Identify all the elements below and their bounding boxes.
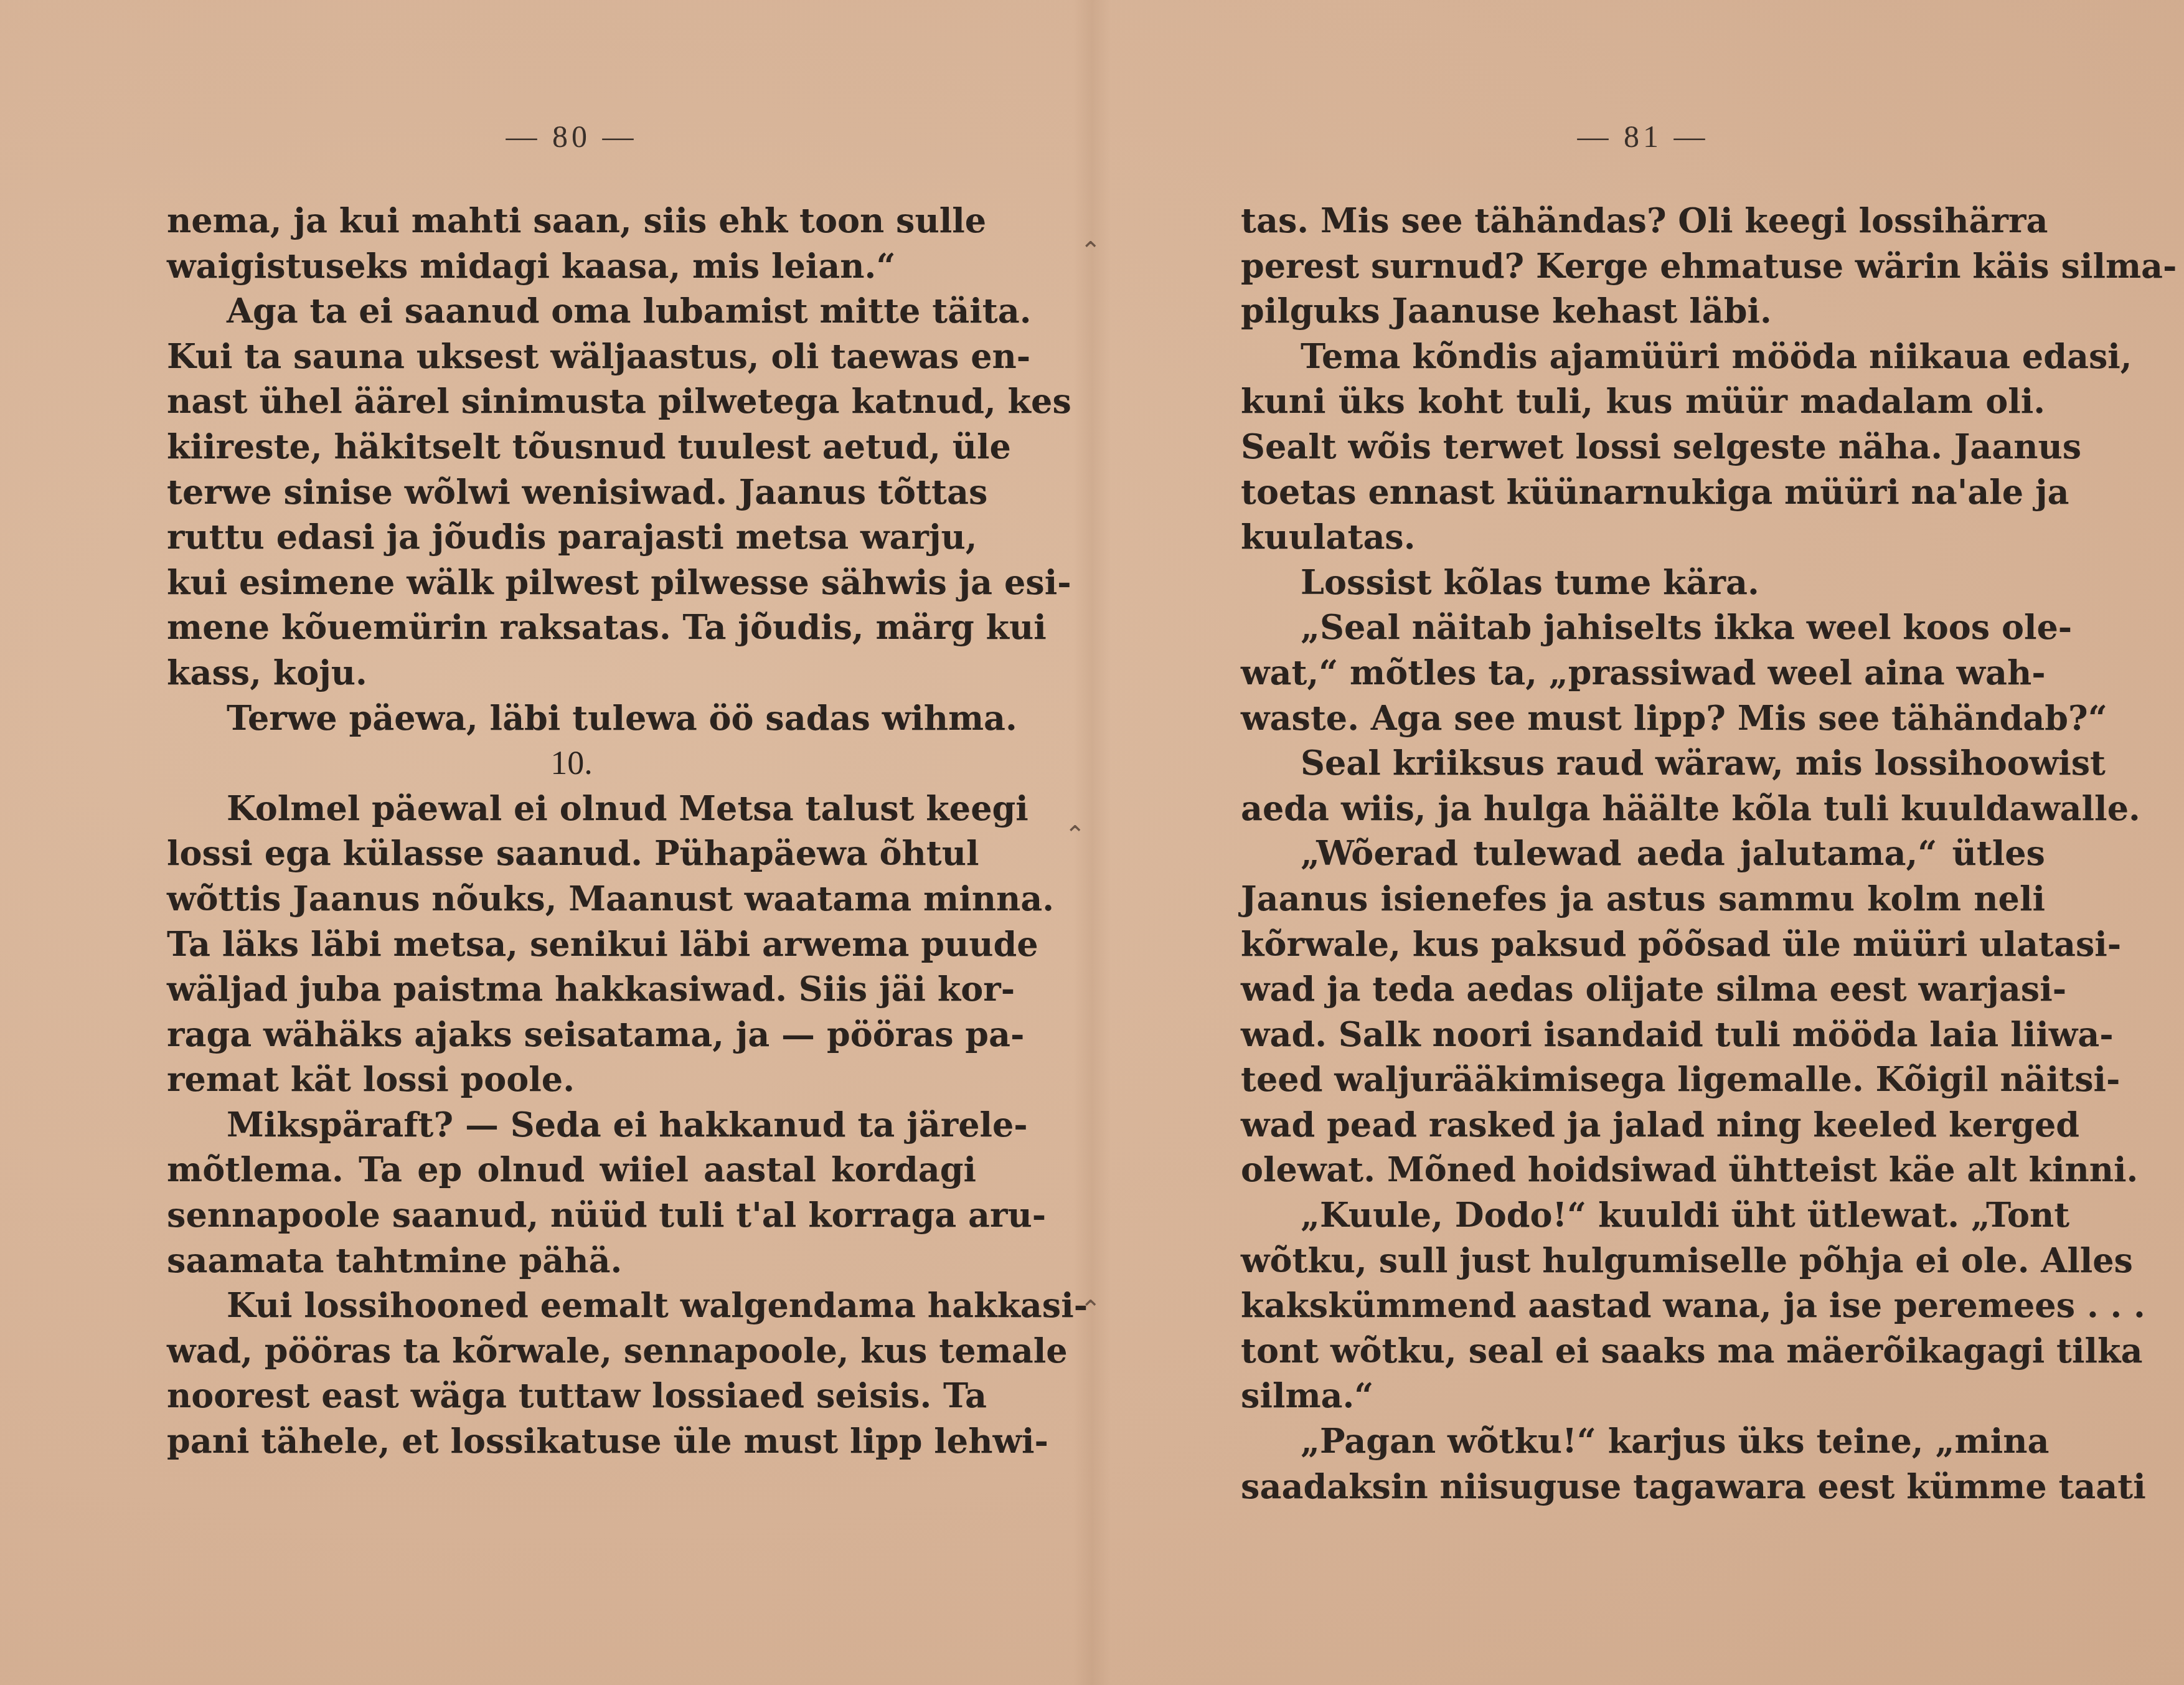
text-line: nema, ja kui mahti saan, siis ehk toon s… xyxy=(167,198,976,243)
book-spread: — 80 — nema, ja kui mahti saan, siis ehk… xyxy=(0,0,2184,1685)
text-line: wat,“ mõtles ta, „prassiwad weel aina wa… xyxy=(1241,650,2045,696)
text-line: Ta läks läbi metsa, senikui läbi arwema … xyxy=(167,922,976,967)
text-line: Lossist kõlas tume kära. xyxy=(1241,560,2045,605)
text-line: raga wähäks ajaks seisatama, ja — pööras… xyxy=(167,1012,976,1057)
text-line: nast ühel äärel sinimusta pilwetega katn… xyxy=(167,379,976,424)
text-line: saadaksin niisuguse tagawara eest kümme … xyxy=(1241,1464,2045,1509)
binding-hole-mark: ⌃ xyxy=(1080,1295,1101,1324)
text-line: Kolmel päewal ei olnud Metsa talust keeg… xyxy=(167,786,976,831)
text-line: „Pagan wõtku!“ karjus üks teine, „mina xyxy=(1241,1418,2045,1464)
text-line: kass, koju. xyxy=(167,650,976,696)
text-line: wad. Salk noori isandaid tuli mööda laia… xyxy=(1241,1012,2045,1057)
text-line: Kui lossihooned eemalt walgendama hakkas… xyxy=(167,1283,976,1328)
text-line: wõtku, sull just hulgumiselle põhja ei o… xyxy=(1241,1238,2045,1283)
binding-hole-mark: ⌃ xyxy=(1065,821,1086,849)
text-line: Sealt wõis terwet lossi selgeste näha. J… xyxy=(1241,424,2045,470)
text-line: sennapoole saanud, nüüd tuli t'al korrag… xyxy=(167,1192,976,1238)
text-line: toetas ennast küünarnukiga müüri na'ale … xyxy=(1241,470,2045,515)
text-line: tas. Mis see tähändas? Oli keegi lossihä… xyxy=(1241,198,2045,243)
chapter-number: 10. xyxy=(167,740,976,786)
text-line: mene kõuemürin raksatas. Ta jõudis, märg… xyxy=(167,605,976,650)
text-line: Tema kõndis ajamüüri mööda niikaua edasi… xyxy=(1241,334,2045,379)
right-page-text: tas. Mis see tähändas? Oli keegi lossihä… xyxy=(1241,198,2045,1509)
text-line: pani tähele, et lossikatuse üle must lip… xyxy=(167,1418,976,1464)
text-line: kiireste, häkitselt tõusnud tuulest aetu… xyxy=(167,424,976,470)
text-line: wad ja teda aedas olijate silma eest war… xyxy=(1241,966,2045,1012)
text-line: Aga ta ei saanud oma lubamist mitte täit… xyxy=(167,288,976,334)
text-line: Terwe päewa, läbi tulewa öö sadas wihma. xyxy=(167,696,976,741)
text-line: ruttu edasi ja jõudis parajasti metsa wa… xyxy=(167,514,976,560)
text-line: tont wõtku, seal ei saaks ma mäerõikagag… xyxy=(1241,1328,2045,1374)
binding-hole-mark: ⌃ xyxy=(1080,237,1101,265)
text-line: wõttis Jaanus nõuks, Maanust waatama min… xyxy=(167,876,976,922)
text-line: waste. Aga see must lipp? Mis see tähänd… xyxy=(1241,696,2045,741)
text-line: olewat. Mõned hoidsiwad ühtteist käe alt… xyxy=(1241,1147,2045,1192)
text-line: Mikspäraft? — Seda ei hakkanud ta järele… xyxy=(167,1102,976,1148)
page-number-left: — 80 — xyxy=(167,118,976,154)
text-line: „Wõerad tulewad aeda jalutama,“ ütles xyxy=(1241,831,2045,876)
text-line: wad pead rasked ja jalad ning keeled ker… xyxy=(1241,1102,2045,1148)
left-page-text: nema, ja kui mahti saan, siis ehk toon s… xyxy=(167,198,976,1464)
text-line: perest surnud? Kerge ehmatuse wärin käis… xyxy=(1241,243,2045,289)
text-line: kuni üks koht tuli, kus müür madalam oli… xyxy=(1241,379,2045,424)
text-line: terwe sinise wõlwi wenisiwad. Jaanus tõt… xyxy=(167,470,976,515)
text-line: mõtlema. Ta ep olnud wiiel aastal kordag… xyxy=(167,1147,976,1192)
text-line: silma.“ xyxy=(1241,1373,2045,1418)
text-line: Kui ta sauna uksest wäljaastus, oli taew… xyxy=(167,334,976,379)
text-line: Jaanus isienefes ja astus sammu kolm nel… xyxy=(1241,876,2045,922)
text-line: waigistuseks midagi kaasa, mis leian.“ xyxy=(167,243,976,289)
text-line: kõrwale, kus paksud põõsad üle müüri ula… xyxy=(1241,922,2045,967)
text-line: remat kät lossi poole. xyxy=(167,1057,976,1102)
text-line: kui esimene wälk pilwest pilwesse sähwis… xyxy=(167,560,976,605)
text-line: lossi ega külasse saanud. Pühapäewa õhtu… xyxy=(167,831,976,876)
left-page: — 80 — nema, ja kui mahti saan, siis ehk… xyxy=(167,0,976,1685)
right-page: — 81 — tas. Mis see tähändas? Oli keegi … xyxy=(1241,0,2045,1685)
text-line: kakskümmend aastad wana, ja ise peremees… xyxy=(1241,1283,2045,1328)
text-line: pilguks Jaanuse kehast läbi. xyxy=(1241,288,2045,334)
text-line: kuulatas. xyxy=(1241,514,2045,560)
page-number-right: — 81 — xyxy=(1241,118,2045,154)
text-line: wad, pööras ta kõrwale, sennapoole, kus … xyxy=(167,1328,976,1374)
text-line: wäljad juba paistma hakkasiwad. Siis jäi… xyxy=(167,966,976,1012)
text-line: saamata tahtmine pähä. xyxy=(167,1238,976,1283)
text-line: „Seal näitab jahiselts ikka weel koos ol… xyxy=(1241,605,2045,650)
text-line: „Kuule, Dodo!“ kuuldi üht ütlewat. „Tont xyxy=(1241,1192,2045,1238)
text-line: Seal kriiksus raud wäraw, mis lossihoowi… xyxy=(1241,740,2045,786)
text-line: noorest east wäga tuttaw lossiaed seisis… xyxy=(167,1373,976,1418)
text-line: aeda wiis, ja hulga häälte kõla tuli kuu… xyxy=(1241,786,2045,831)
text-line: teed waljurääkimisega ligemalle. Kõigil … xyxy=(1241,1057,2045,1102)
